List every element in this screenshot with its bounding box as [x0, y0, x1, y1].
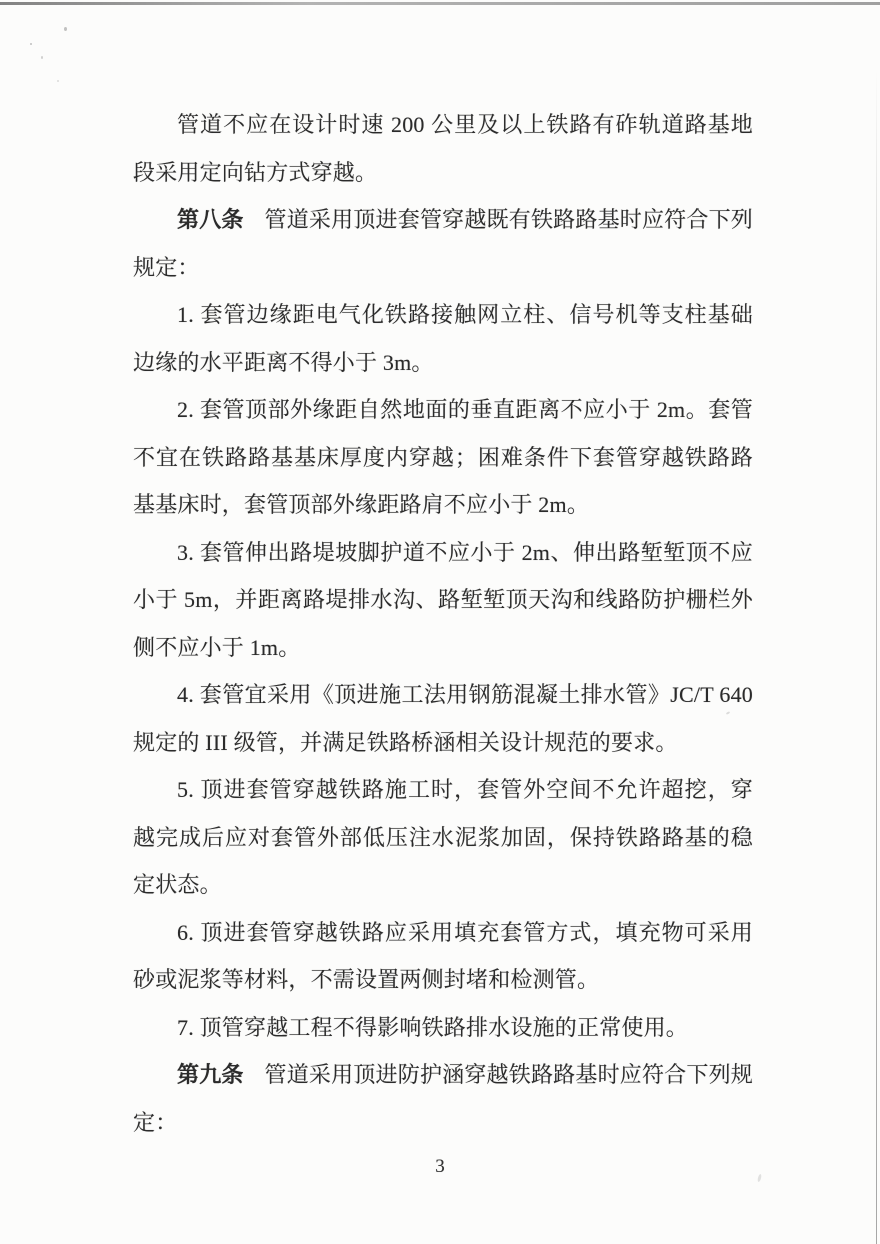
scan-speckle — [64, 27, 67, 31]
body-paragraph: 5. 顶进套管穿越铁路施工时，套管外空间不允许超挖，穿越完成后应对套管外部低压注… — [133, 766, 753, 909]
article-number-label: 第八条 — [177, 207, 244, 232]
scan-speckle — [41, 56, 43, 59]
article-paragraph: 第八条管道采用顶进套管穿越既有铁路路基时应符合下列规定： — [133, 196, 753, 291]
body-paragraph: 4. 套管宜采用《顶进施工法用钢筋混凝土排水管》JC/T 640 规定的 III… — [133, 671, 753, 766]
body-paragraph: 7. 顶管穿越工程不得影响铁路排水设施的正常使用。 — [133, 1004, 753, 1052]
body-paragraph: 6. 顶进套管穿越铁路应采用填充套管方式，填充物可采用砂或泥浆等材料，不需设置两… — [133, 909, 753, 1004]
scan-edge-top-line — [0, 2, 880, 5]
article-paragraph: 第九条管道采用顶进防护涵穿越铁路路基时应符合下列规定： — [133, 1051, 753, 1146]
scan-edge-right-line — [876, 70, 877, 1244]
body-paragraph: 管道不应在设计时速 200 公里及以上铁路有砟轨道路基地段采用定向钻方式穿越。 — [133, 101, 753, 196]
body-paragraph: 2. 套管顶部外缘距自然地面的垂直距离不应小于 2m。套管不宜在铁路路基基床厚度… — [133, 386, 753, 529]
document-body: 管道不应在设计时速 200 公里及以上铁路有砟轨道路基地段采用定向钻方式穿越。第… — [133, 101, 753, 1146]
body-paragraph: 1. 套管边缘距电气化铁路接触网立柱、信号机等支柱基础边缘的水平距离不得小于 3… — [133, 291, 753, 386]
body-paragraph: 3. 套管伸出路堤坡脚护道不应小于 2m、伸出路堑堑顶不应小于 5m，并距离路堤… — [133, 529, 753, 672]
article-number-label: 第九条 — [177, 1062, 244, 1087]
page-number: 3 — [0, 1156, 880, 1178]
scan-speckle — [30, 43, 32, 45]
scan-speckle — [57, 80, 59, 82]
